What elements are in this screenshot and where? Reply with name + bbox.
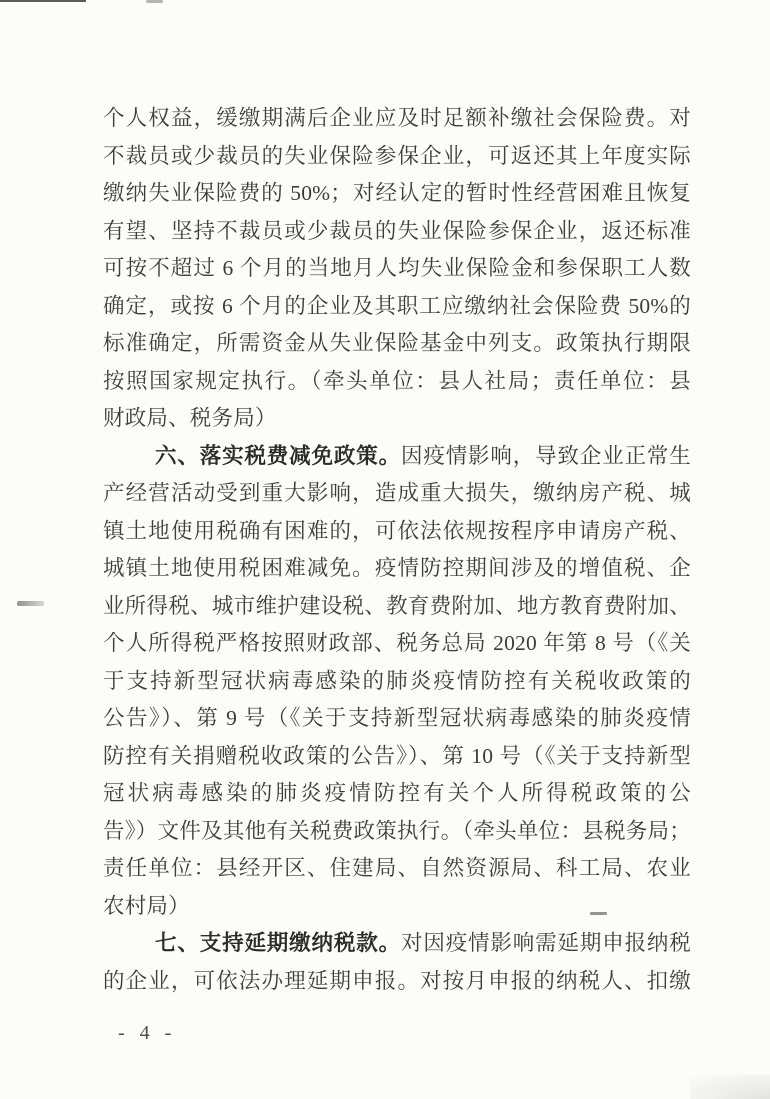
text-line: 的企业，可依法办理延期申报。对按月申报的纳税人、扣缴 <box>103 963 691 1001</box>
text-line: 城镇土地使用税困难减免。疫情防控期间涉及的增值税、企 <box>103 550 691 588</box>
paragraph-7-deferred-tax-payment: 七、支持延期缴纳税款。对因疫情影响需延期申报纳税的企业，可依法办理延期申报。对按… <box>103 925 691 1000</box>
text-line: 可按不超过 6 个月的当地月人均失业保险金和参保职工人数 <box>103 250 691 288</box>
text-line: 农村局） <box>103 888 691 926</box>
text-line: 责任单位：县经开区、住建局、自然资源局、科工局、农业 <box>103 850 691 888</box>
paragraph-unemployment-insurance-continuation: 个人权益，缓缴期满后企业应及时足额补缴社会保险费。对不裁员或少裁员的失业保险参保… <box>103 100 691 438</box>
text-line: 于支持新型冠状病毒感染的肺炎疫情防控有关税收政策的 <box>103 663 691 701</box>
text-line: 业所得税、城市维护建设税、教育费附加、地方教育费附加、 <box>103 588 691 626</box>
text-line: 产经营活动受到重大影响，造成重大损失，缴纳房产税、城 <box>103 475 691 513</box>
text-line: 公告》）、第 9 号（《关于支持新型冠状病毒感染的肺炎疫情 <box>103 700 691 738</box>
text-line: 告》）文件及其他有关税费政策执行。（牵头单位：县税务局； <box>103 813 691 851</box>
section-heading-line: 七、支持延期缴纳税款。对因疫情影响需延期申报纳税 <box>103 925 691 963</box>
text-line: 财政局、税务局） <box>103 400 691 438</box>
text-line: 个人权益，缓缴期满后企业应及时足额补缴社会保险费。对 <box>103 100 691 138</box>
text-line: 个人所得税严格按照财政部、税务总局 2020 年第 8 号（《关 <box>103 625 691 663</box>
text-line: 按照国家规定执行。（牵头单位：县人社局；责任单位：县 <box>103 363 691 401</box>
text-line: 有望、坚持不裁员或少裁员的失业保险参保企业，返还标准 <box>103 213 691 251</box>
text-line: 镇土地使用税确有困难的，可依法依规按程序申请房产税、 <box>103 513 691 551</box>
paragraph-6-tax-fee-reduction: 六、落实税费减免政策。因疫情影响，导致企业正常生产经营活动受到重大影响，造成重大… <box>103 438 691 926</box>
section-heading: 六、落实税费减免政策。 <box>155 444 401 468</box>
scan-top-smudge-artifact <box>146 0 163 3</box>
text-line: 不裁员或少裁员的失业保险参保企业，可返还其上年度实际 <box>103 138 691 176</box>
section-heading-line: 六、落实税费减免政策。因疫情影响，导致企业正常生 <box>103 438 691 476</box>
page-body: 个人权益，缓缴期满后企业应及时足额补缴社会保险费。对不裁员或少裁员的失业保险参保… <box>103 100 691 1000</box>
page-number: - 4 - <box>118 1022 176 1045</box>
section-heading: 七、支持延期缴纳税款。 <box>155 931 401 955</box>
text-line: 冠状病毒感染的肺炎疫情防控有关个人所得税政策的公 <box>103 775 691 813</box>
text-line: 标准确定，所需资金从失业保险基金中列支。政策执行期限 <box>103 325 691 363</box>
text-line: 确定，或按 6 个月的企业及其职工应缴纳社会保险费 50%的 <box>103 288 691 326</box>
text-line: 防控有关捐赠税收政策的公告》）、第 10 号（《关于支持新型 <box>103 738 691 776</box>
document-page: 个人权益，缓缴期满后企业应及时足额补缴社会保险费。对不裁员或少裁员的失业保险参保… <box>0 0 770 1099</box>
text-line: 缴纳失业保险费的 50%；对经认定的暂时性经营困难且恢复 <box>103 175 691 213</box>
scan-corner-shading <box>690 1075 770 1099</box>
scan-left-margin-mark <box>17 601 44 606</box>
scan-top-edge-artifact <box>0 0 86 2</box>
